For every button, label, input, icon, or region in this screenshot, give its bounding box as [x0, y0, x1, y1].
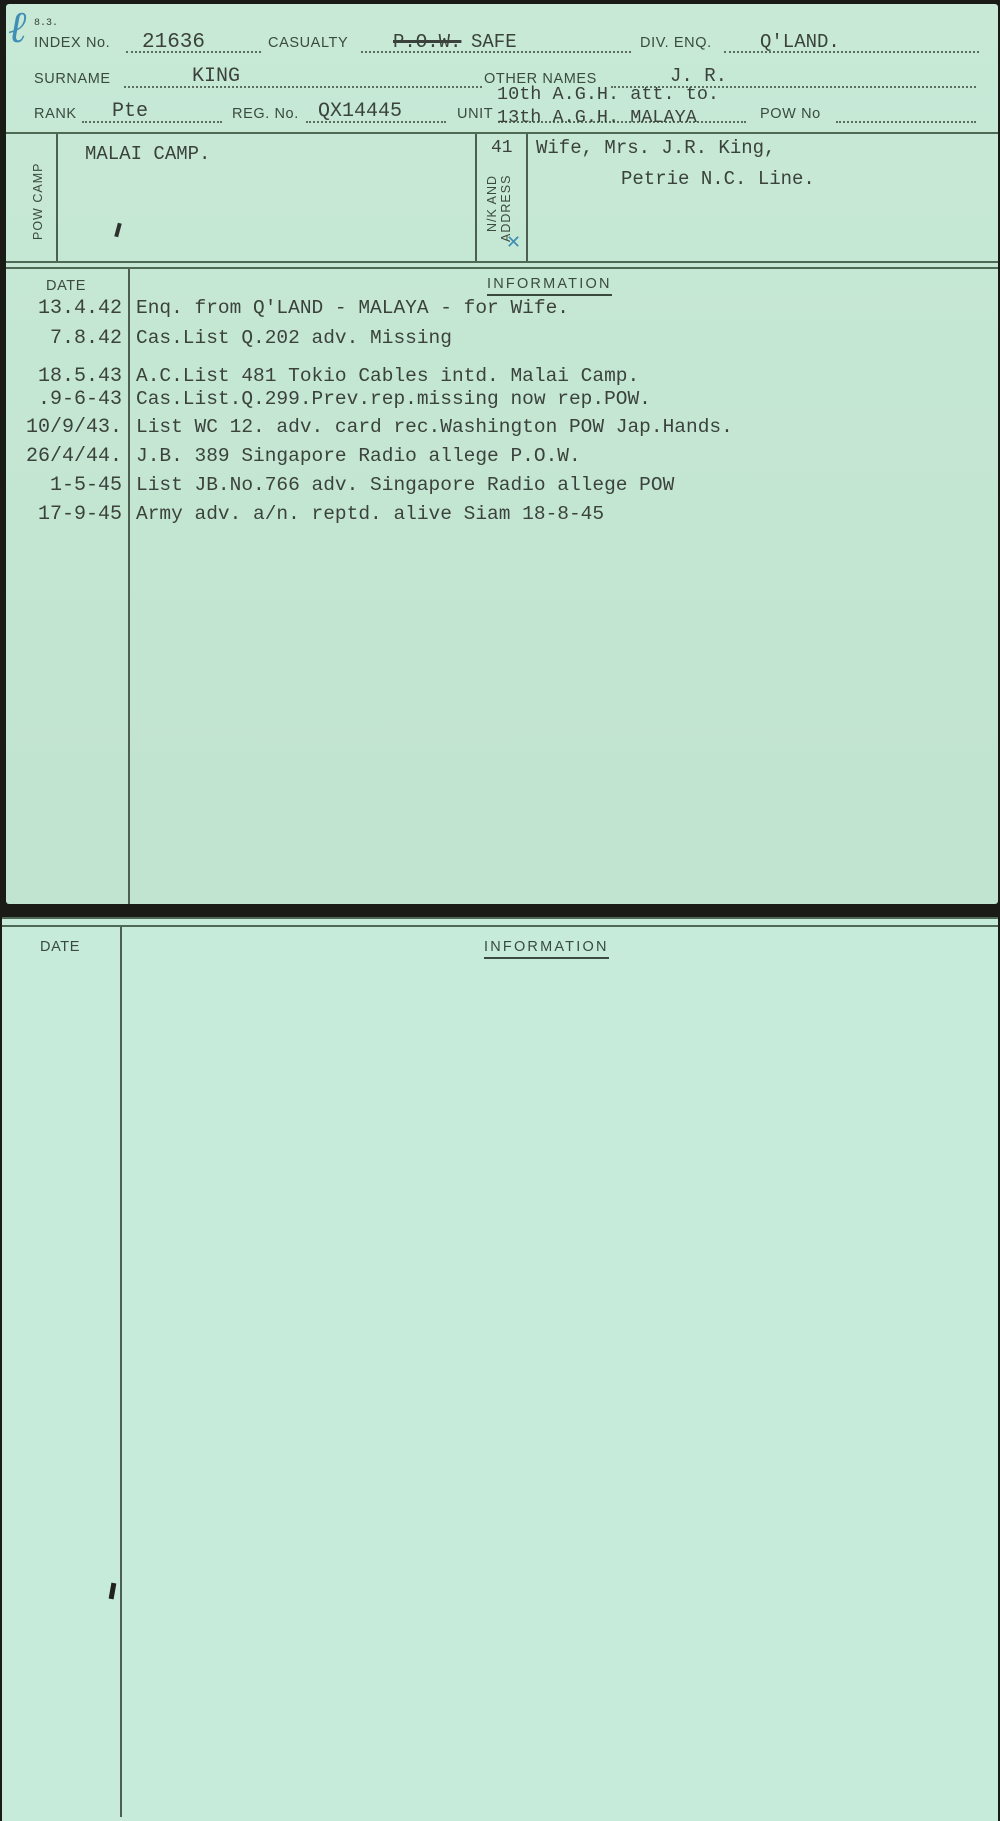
unit-value-line2: 13th A.G.H. MALAYA [497, 107, 697, 128]
nok-address-line2: Petrie N.C. Line. [621, 168, 815, 190]
reg-no-label: REG. No. [232, 106, 299, 122]
nok-label-line1: N/K AND [485, 175, 499, 232]
date-column-divider [128, 269, 130, 904]
information-column-header: INFORMATION [484, 939, 609, 959]
surname-value: KING [192, 65, 240, 88]
pow-camp-label: POW CAMP [31, 163, 45, 240]
section-rule-top [6, 261, 998, 263]
reg-no-value: QX14445 [318, 100, 402, 123]
section-rule-bottom [6, 267, 998, 269]
pencil-mark-icon: ℓ [8, 2, 26, 53]
entry-information: List JB.No.766 adv. Singapore Radio alle… [136, 474, 674, 496]
pow-no-label: POW No [760, 106, 821, 122]
index-label: INDEX No. [34, 35, 110, 51]
entry-information: List WC 12. adv. card rec.Washington POW… [136, 416, 733, 438]
entry-date: 18.5.43 [6, 365, 122, 388]
record-card-back: DATE INFORMATION [2, 917, 998, 1821]
entry-information: A.C.List 481 Tokio Cables intd. Malai Ca… [136, 365, 639, 387]
casualty-label: CASUALTY [268, 35, 348, 51]
entry-information: Cas.List.Q.299.Prev.rep.missing now rep.… [136, 388, 651, 410]
unit-value-line1: 10th A.G.H. att. to. [497, 84, 719, 105]
punch-hole-mark [109, 1583, 117, 1600]
date-column-header: DATE [40, 939, 80, 955]
record-card-front: ℓ 8.3. INDEX No. 21636 CASUALTY P.O.W. S… [6, 4, 998, 904]
surname-label: SURNAME [34, 71, 111, 87]
entry-date: 7.8.42 [6, 327, 122, 350]
casualty-value: SAFE [471, 31, 517, 53]
nok-number: 41 [491, 138, 513, 158]
entry-date: 1-5-45 [6, 474, 122, 497]
pow-camp-value: MALAI CAMP. [85, 143, 210, 165]
entry-information: Cas.List Q.202 adv. Missing [136, 327, 452, 349]
nok-address-line1: Wife, Mrs. J.R. King, [536, 137, 775, 159]
index-value: 21636 [142, 31, 205, 54]
ink-mark [114, 223, 121, 238]
corner-reference: 8.3. [34, 18, 58, 29]
entry-information: J.B. 389 Singapore Radio allege P.O.W. [136, 445, 581, 467]
casualty-struck-value: P.O.W. [393, 31, 461, 53]
rank-label: RANK [34, 106, 77, 122]
information-column-header: INFORMATION [487, 276, 612, 296]
entry-date: 17-9-45 [6, 503, 122, 526]
header-rule [6, 132, 998, 134]
entry-date: 26/4/44. [6, 445, 122, 468]
entry-date: 10/9/43. [6, 416, 122, 439]
blue-cross-icon: ✕ [506, 232, 521, 253]
div-enq-label: DIV. ENQ. [640, 35, 712, 51]
date-column-divider [120, 927, 122, 1817]
entry-information: Army adv. a/n. reptd. alive Siam 18-8-45 [136, 503, 604, 525]
unit-label: UNIT [457, 106, 493, 122]
rank-value: Pte [112, 100, 148, 123]
entry-date: .9-6-43 [6, 388, 122, 411]
entry-date: 13.4.42 [6, 297, 122, 320]
entry-information: Enq. from Q'LAND - MALAYA - for Wife. [136, 297, 569, 319]
div-enq-value: Q'LAND. [760, 31, 840, 53]
date-column-header: DATE [46, 278, 86, 294]
